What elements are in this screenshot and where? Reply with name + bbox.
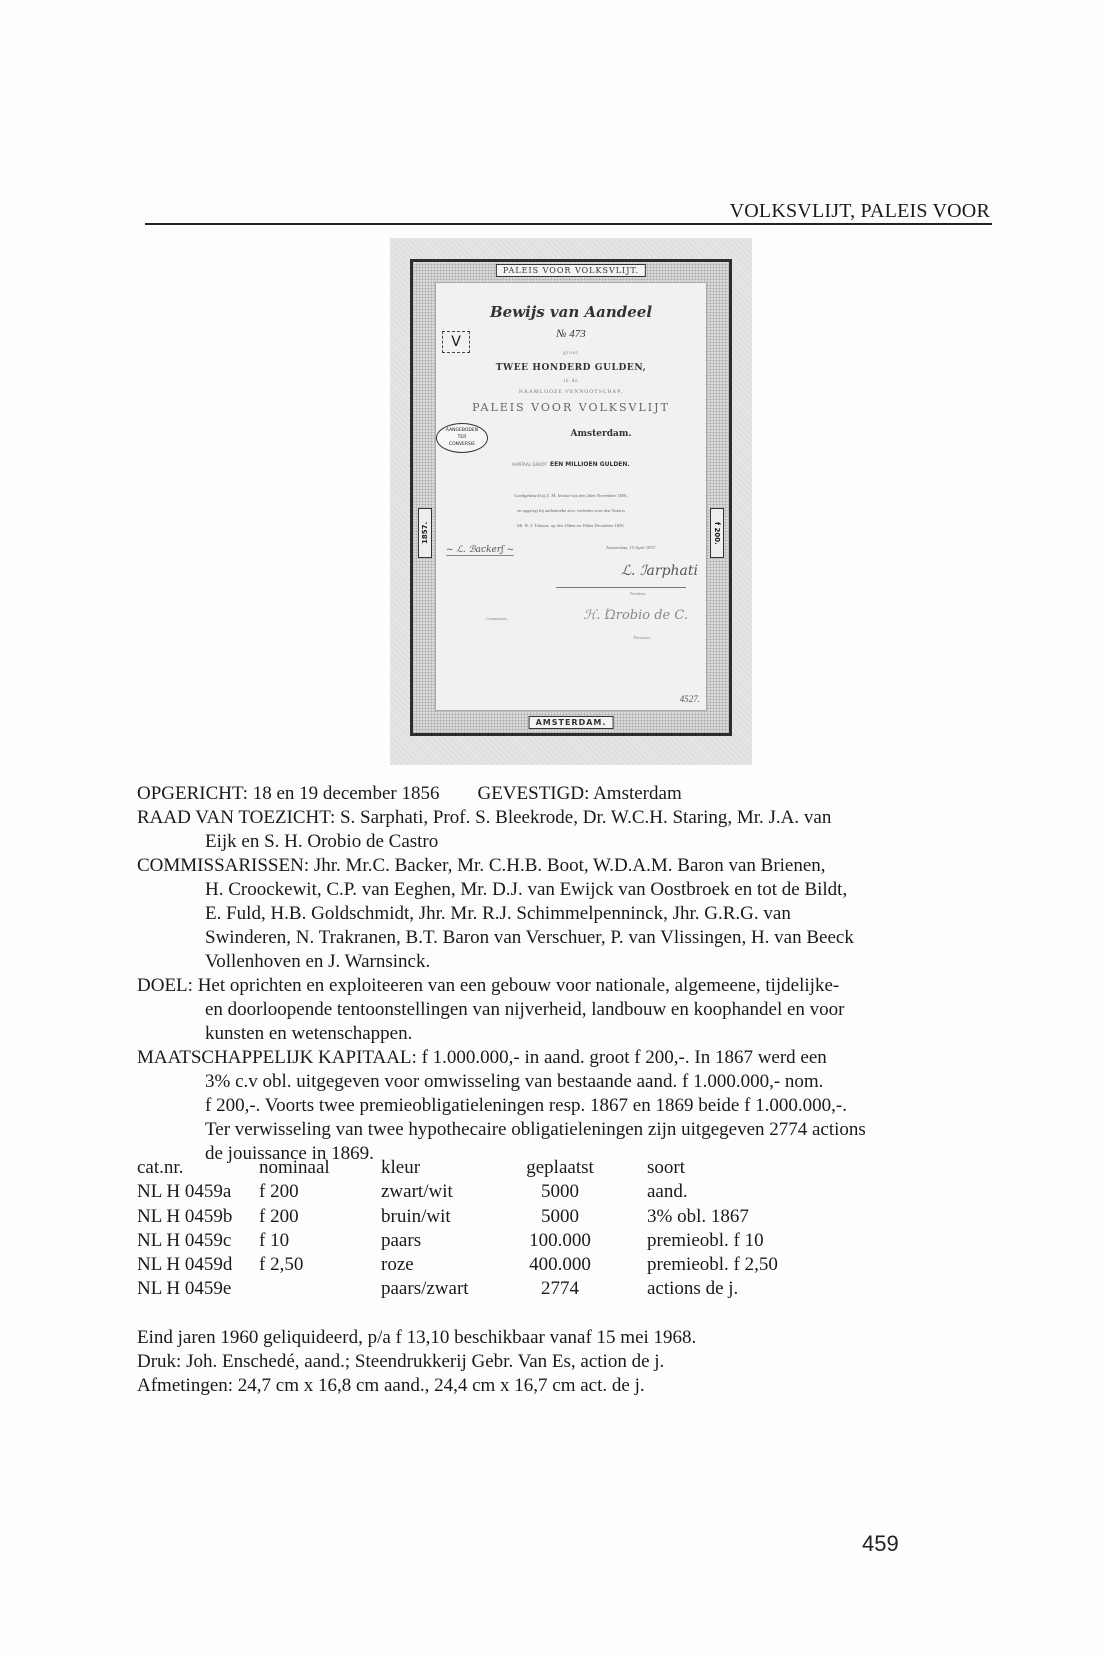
cell-catnr: NL H 0459b	[137, 1205, 259, 1229]
cell-catnr: NL H 0459c	[137, 1229, 259, 1253]
running-head: VOLKSVLIJT, PALEIS VOOR	[145, 200, 990, 222]
certificate-capital: KAPITAAL GROOTEEN MILLIOEN GULDEN.	[436, 461, 706, 468]
certificate-approval-text: Goedgekeurd bij Z. M. besluit van den 2d…	[436, 488, 706, 533]
header-soort: soort	[647, 1156, 827, 1180]
header-geplaatst: geplaatst	[499, 1156, 647, 1180]
kapitaal-text: Ter verwisseling van twee hypothecaire o…	[137, 1118, 937, 1142]
cell-soort: premieobl. f 10	[647, 1229, 827, 1253]
certificate-serial: 4527.	[680, 694, 700, 704]
cell-geplaatst: 100.000	[499, 1229, 647, 1253]
cell-geplaatst: 5000	[499, 1205, 647, 1229]
stamp-line: AANGEBODEN	[437, 427, 487, 434]
cell-nominaal	[259, 1277, 381, 1301]
cell-geplaatst: 2774	[499, 1277, 647, 1301]
label-president: President.	[630, 591, 646, 596]
opgericht-value: 18 en 19 december 1856	[253, 783, 440, 804]
header-rule	[145, 223, 992, 225]
label-commissaris: Commissaris.	[486, 616, 508, 621]
doel-label: DOEL:	[137, 975, 193, 996]
cell-nominaal: f 200	[259, 1180, 381, 1204]
certificate-banner-top: PALEIS VOOR VOLKSVLIJT.	[496, 264, 646, 277]
maatschappelijk-kapitaal: MAATSCHAPPELIJK KAPITAAL: f 1.000.000,- …	[137, 1046, 937, 1166]
cell-soort: 3% obl. 1867	[647, 1205, 827, 1229]
gevestigd-value: Amsterdam	[593, 783, 682, 804]
raad-text: Eijk en S. H. Orobio de Castro	[137, 830, 937, 854]
certificate-number: № 473	[436, 328, 706, 340]
certificate-title: Bewijs van Aandeel	[436, 303, 706, 321]
footer-notes: Eind jaren 1960 geliquideerd, p/a f 13,1…	[137, 1326, 696, 1398]
capital-value: EEN MILLIOEN GULDEN.	[550, 461, 630, 468]
approval-line: Goedgekeurd bij Z. M. besluit van den 2d…	[436, 488, 706, 503]
signature-line	[556, 587, 686, 588]
stamp-line: TER	[437, 434, 487, 441]
cell-geplaatst: 5000	[499, 1180, 647, 1204]
certificate-side-year: 1857.	[418, 508, 432, 558]
comm-text: Swinderen, N. Trakranen, B.T. Baron van …	[137, 926, 937, 950]
cell-catnr: NL H 0459d	[137, 1253, 259, 1277]
signature-president: ℒ. ℐarphati	[621, 563, 698, 579]
kapitaal-text: 3% c.v obl. uitgegeven voor omwisseling …	[137, 1070, 937, 1094]
doel: DOEL: Het oprichten en exploiteeren van …	[137, 974, 937, 1046]
comm-text: E. Fuld, H.B. Goldschmidt, Jhr. Mr. R.J.…	[137, 902, 937, 926]
raad-van-toezicht: RAAD VAN TOEZICHT: S. Sarphati, Prof. S.…	[137, 806, 937, 854]
capital-prefix: KAPITAAL GROOT	[512, 462, 547, 467]
catalog-table: cat.nr. nominaal kleur geplaatst soort N…	[137, 1156, 827, 1302]
signature-commissaris-1: ~ ℒ. ℬackerʃ ~	[446, 545, 514, 556]
cell-kleur: paars/zwart	[381, 1277, 499, 1301]
approval-line: en opgerigt bij authentieke acte, verled…	[436, 503, 706, 518]
certificate-company-type: NAAMLOOZE VENNOOTSCHAP,	[436, 389, 706, 395]
doel-text: en doorloopende tentoonstellingen van ni…	[137, 998, 937, 1022]
cell-kleur: paars	[381, 1229, 499, 1253]
cell-catnr: NL H 0459e	[137, 1277, 259, 1301]
opgericht-line: OPGERICHT: 18 en 19 december 1856GEVESTI…	[137, 782, 937, 806]
approval-line: Mr. R. J. Tobiasz, op den 18den en 19den…	[436, 518, 706, 533]
cell-soort: premieobl. f 2,50	[647, 1253, 827, 1277]
opgericht-label: OPGERICHT:	[137, 783, 248, 804]
company-details: OPGERICHT: 18 en 19 december 1856GEVESTI…	[137, 782, 937, 1166]
certificate-amount: TWEE HONDERD GULDEN,	[436, 363, 706, 373]
comm-text: Jhr. Mr.C. Backer, Mr. C.H.B. Boot, W.D.…	[314, 855, 826, 876]
gevestigd-label: GEVESTIGD:	[477, 783, 589, 804]
cell-soort: aand.	[647, 1180, 827, 1204]
note-liquidation: Eind jaren 1960 geliquideerd, p/a f 13,1…	[137, 1326, 696, 1350]
certificate-company: PALEIS VOOR VOLKSVLIJT	[436, 401, 706, 414]
table-row: NL H 0459b f 200 bruin/wit 5000 3% obl. …	[137, 1205, 827, 1229]
cell-nominaal: f 200	[259, 1205, 381, 1229]
commissarissen: COMMISSARISSEN: Jhr. Mr.C. Backer, Mr. C…	[137, 854, 937, 974]
certificate-side-value: f 200.	[710, 508, 724, 558]
doel-text: Het oprichten en exploiteeren van een ge…	[198, 975, 840, 996]
header-catnr: cat.nr.	[137, 1156, 259, 1180]
cell-nominaal: f 2,50	[259, 1253, 381, 1277]
comm-text: Vollenhoven en J. Warnsinck.	[137, 950, 937, 974]
table-row: NL H 0459d f 2,50 roze 400.000 premieobl…	[137, 1253, 827, 1277]
conversion-stamp: AANGEBODEN TER CONVERSIE	[436, 423, 488, 453]
certificate-image: PALEIS VOOR VOLKSVLIJT. 1857. f 200. Bew…	[390, 238, 752, 765]
raad-text: S. Sarphati, Prof. S. Bleekrode, Dr. W.C…	[340, 807, 831, 828]
cell-catnr: NL H 0459a	[137, 1180, 259, 1204]
certificate-city: Amsterdam.	[496, 429, 706, 439]
certificate-small-text: in de	[436, 379, 706, 384]
header-nominaal: nominaal	[259, 1156, 381, 1180]
comm-label: COMMISSARISSEN:	[137, 855, 309, 876]
kapitaal-text: f 1.000.000,- in aand. groot f 200,-. In…	[422, 1047, 827, 1068]
kapitaal-label: MAATSCHAPPELIJK KAPITAAL:	[137, 1047, 417, 1068]
cell-nominaal: f 10	[259, 1229, 381, 1253]
label-thesaurier: Thesaurier.	[633, 635, 651, 640]
certificate-frame: PALEIS VOOR VOLKSVLIJT. 1857. f 200. Bew…	[410, 259, 732, 736]
certificate-date: Amsterdam, 15 April 1857.	[556, 545, 706, 550]
cell-kleur: roze	[381, 1253, 499, 1277]
stamp-line: CONVERSIE	[437, 441, 487, 448]
cell-kleur: zwart/wit	[381, 1180, 499, 1204]
cell-geplaatst: 400.000	[499, 1253, 647, 1277]
header-kleur: kleur	[381, 1156, 499, 1180]
table-row: NL H 0459e paars/zwart 2774 actions de j…	[137, 1277, 827, 1301]
certificate-banner-bottom: AMSTERDAM.	[529, 716, 614, 729]
certificate-body: PALEIS VOOR VOLKSVLIJT. 1857. f 200. Bew…	[435, 282, 707, 711]
cell-kleur: bruin/wit	[381, 1205, 499, 1229]
page-number: 459	[862, 1531, 899, 1557]
table-header-row: cat.nr. nominaal kleur geplaatst soort	[137, 1156, 827, 1180]
table-row: NL H 0459c f 10 paars 100.000 premieobl.…	[137, 1229, 827, 1253]
raad-label: RAAD VAN TOEZICHT:	[137, 807, 335, 828]
kapitaal-text: f 200,-. Voorts twee premieobligatieleni…	[137, 1094, 937, 1118]
certificate-small-text: groot	[436, 351, 706, 356]
doel-text: kunsten en wetenschappen.	[137, 1022, 937, 1046]
cell-soort: actions de j.	[647, 1277, 827, 1301]
signature-thesaurier: ℋ. Ώrobio de C.	[584, 608, 688, 623]
table-row: NL H 0459a f 200 zwart/wit 5000 aand.	[137, 1180, 827, 1204]
note-dimensions: Afmetingen: 24,7 cm x 16,8 cm aand., 24,…	[137, 1374, 696, 1398]
comm-text: H. Croockewit, C.P. van Eeghen, Mr. D.J.…	[137, 878, 937, 902]
note-printer: Druk: Joh. Enschedé, aand.; Steendrukker…	[137, 1350, 696, 1374]
